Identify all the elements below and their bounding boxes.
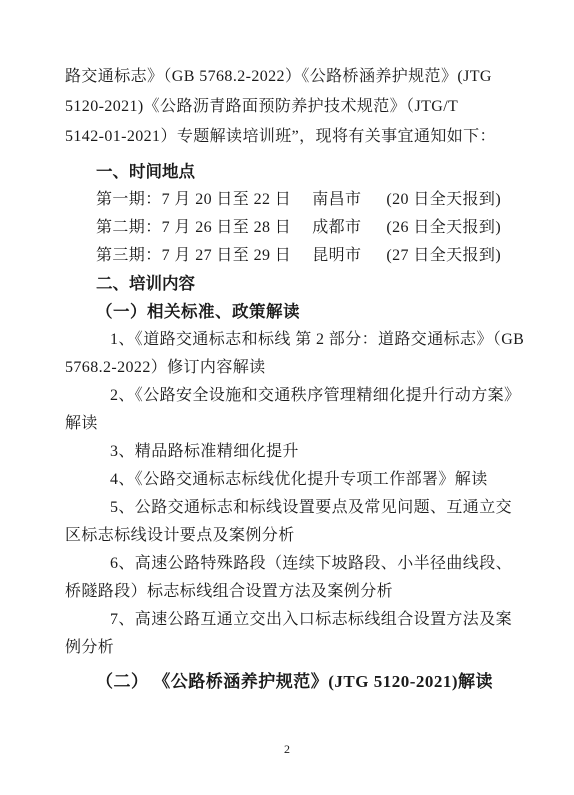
- training-item-5: 5、公路交通标志和标线设置要点及常见问题、互通立交 区标志标线设计要点及案例分析: [65, 494, 511, 550]
- training-item-2: 2、《公路安全设施和交通秩序管理精细化提升行动方案》 解读: [65, 382, 511, 438]
- item-line: 7、高速公路互通立交出入口标志标线组合设置方法及案: [65, 606, 511, 634]
- item-line: 1、《道路交通标志和标线 第 2 部分：道路交通标志》（GB: [65, 326, 511, 354]
- intro-line: 5142-01-2021）专题解读培训班”，现将有关事宜通知如下：: [65, 122, 511, 152]
- session-period: 第三期：7 月 27 日至 29 日: [96, 242, 291, 270]
- schedule-row-session-1: 第一期：7 月 20 日至 22 日 南昌市 (20 日全天报到): [65, 186, 511, 214]
- training-item-6: 6、高速公路特殊路段（连续下坡路段、小半径曲线段、 桥隧路段）标志标线组合设置方…: [65, 550, 511, 606]
- item-line: 2、《公路安全设施和交通秩序管理精细化提升行动方案》: [65, 382, 511, 410]
- training-item-1: 1、《道路交通标志和标线 第 2 部分：道路交通标志》（GB 5768.2-20…: [65, 326, 511, 382]
- training-item-3: 3、精品路标准精细化提升: [65, 438, 511, 466]
- document-page: 路交通标志》（GB 5768.2-2022）《公路桥涵养护规范》(JTG 512…: [0, 0, 574, 795]
- item-line: 6、高速公路特殊路段（连续下坡路段、小半径曲线段、: [65, 550, 511, 578]
- item-line: 解读: [65, 410, 511, 438]
- session-city: 成都市: [312, 214, 361, 242]
- session-registration-note: (26 日全天报到): [386, 214, 501, 242]
- subsection-heading-standards-policy: （一）相关标准、政策解读: [65, 298, 511, 326]
- item-line: 5、公路交通标志和标线设置要点及常见问题、互通立交: [65, 494, 511, 522]
- session-registration-note: (27 日全天报到): [386, 242, 501, 270]
- training-item-4: 4、《公路交通标志标线优化提升专项工作部署》解读: [65, 466, 511, 494]
- training-item-7: 7、高速公路互通立交出入口标志标线组合设置方法及案 例分析: [65, 606, 511, 662]
- item-line: 4、《公路交通标志标线优化提升专项工作部署》解读: [65, 466, 511, 494]
- item-line: 区标志标线设计要点及案例分析: [65, 522, 511, 550]
- intro-line: 5120-2021)《公路沥青路面预防养护技术规范》（JTG/T: [65, 92, 511, 122]
- item-line: 5768.2-2022）修订内容解读: [65, 354, 511, 382]
- intro-paragraph: 路交通标志》（GB 5768.2-2022）《公路桥涵养护规范》(JTG 512…: [65, 62, 511, 152]
- intro-line: 路交通标志》（GB 5768.2-2022）《公路桥涵养护规范》(JTG: [65, 62, 511, 92]
- session-period: 第一期：7 月 20 日至 22 日: [96, 186, 291, 214]
- session-city: 南昌市: [312, 186, 361, 214]
- session-period: 第二期：7 月 26 日至 28 日: [96, 214, 291, 242]
- item-line: 3、精品路标准精细化提升: [65, 438, 511, 466]
- item-line: 例分析: [65, 634, 511, 662]
- document-content: 路交通标志》（GB 5768.2-2022）《公路桥涵养护规范》(JTG 512…: [65, 62, 511, 696]
- item-line: 桥隧路段）标志标线组合设置方法及案例分析: [65, 578, 511, 606]
- page-number: 2: [0, 742, 574, 757]
- schedule-row-session-3: 第三期：7 月 27 日至 29 日 昆明市 (27 日全天报到): [65, 242, 511, 270]
- section-heading-training-content: 二、培训内容: [65, 270, 511, 298]
- schedule-row-session-2: 第二期：7 月 26 日至 28 日 成都市 (26 日全天报到): [65, 214, 511, 242]
- session-city: 昆明市: [312, 242, 361, 270]
- subsection-heading-bridge-maintenance: （二） 《公路桥涵养护规范》(JTG 5120-2021)解读: [65, 668, 511, 696]
- session-registration-note: (20 日全天报到): [386, 186, 501, 214]
- section-heading-time-location: 一、时间地点: [65, 158, 511, 186]
